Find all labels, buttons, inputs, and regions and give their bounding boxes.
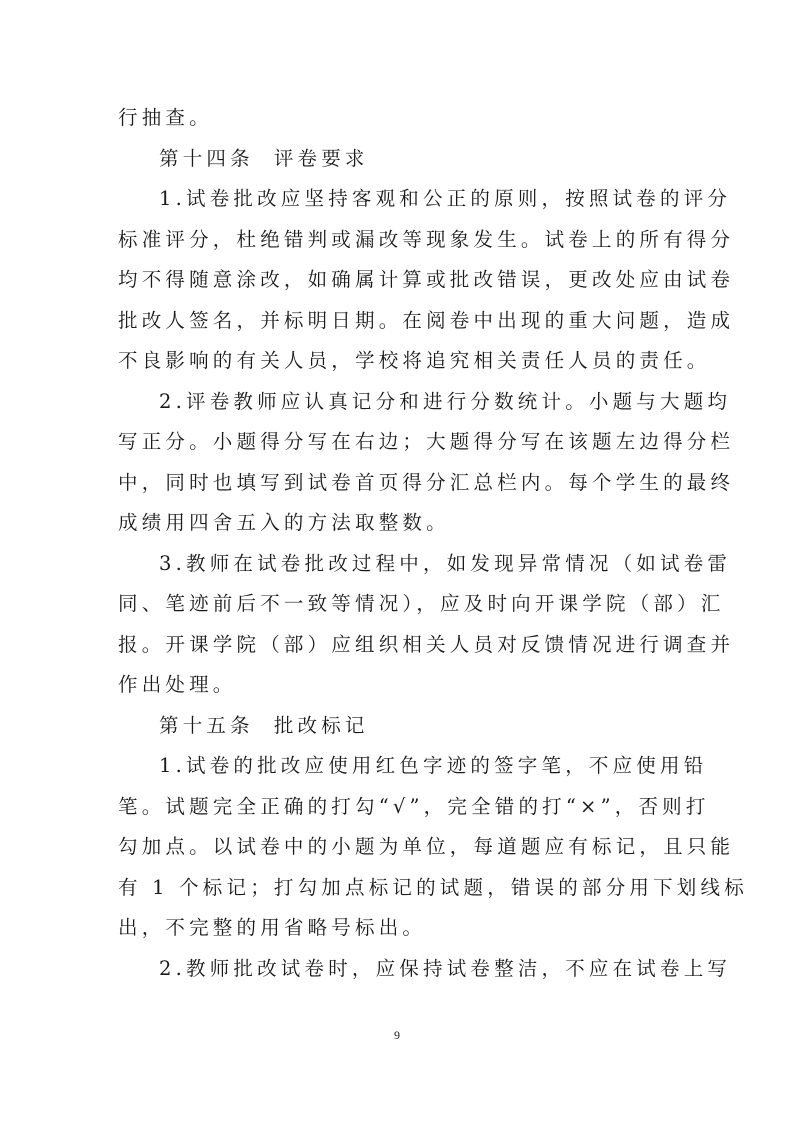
article-14-item-1-line: 1.试卷批改应坚持客观和公正的原则，按照试卷的评分 — [118, 179, 674, 220]
article-14-item-2-line: 成绩用四舍五入的方法取整数。 — [118, 503, 674, 544]
article-15-item-1-line: 1.试卷的批改应使用红色字迹的签字笔，不应使用铅 — [118, 746, 674, 787]
page-number: 9 — [0, 1028, 794, 1043]
document-body: 行抽查。 第十四条评卷要求 1.试卷批改应坚持客观和公正的原则，按照试卷的评分 … — [118, 98, 678, 989]
article-15-item-1-line: 勾加点。以试卷中的小题为单位，每道题应有标记，且只能 — [118, 827, 674, 868]
article-14-item-2-line: 2.评卷教师应认真记分和进行分数统计。小题与大题均 — [118, 382, 674, 423]
article-14-item-3-line: 同、笔迹前后不一致等情况），应及时向开课学院（部）汇 — [118, 584, 674, 625]
article-15-item-1-line: 笔。试题完全正确的打勾“√”，完全错的打“×”，否则打 — [118, 787, 674, 828]
article-14-item-2-line: 中，同时也填写到试卷首页得分汇总栏内。每个学生的最终 — [118, 463, 674, 504]
article-14-heading: 第十四条评卷要求 — [118, 139, 678, 180]
article-14-item-1-line: 标准评分，杜绝错判或漏改等现象发生。试卷上的所有得分 — [118, 220, 674, 261]
article-15-item-1-line: 出，不完整的用省略号标出。 — [118, 908, 674, 949]
article-14-item-3-line: 报。开课学院（部）应组织相关人员对反馈情况进行调查并 — [118, 625, 674, 666]
article-15-heading: 第十五条批改标记 — [118, 706, 678, 747]
article-14-item-3-line: 3.教师在试卷批改过程中，如发现异常情况（如试卷雷 — [118, 544, 674, 585]
article-14-item-1-line: 不良影响的有关人员，学校将追究相关责任人员的责任。 — [118, 341, 674, 382]
document-page: 行抽查。 第十四条评卷要求 1.试卷批改应坚持客观和公正的原则，按照试卷的评分 … — [0, 0, 794, 1123]
article-14-item-2-line: 写正分。小题得分写在右边；大题得分写在该题左边得分栏 — [118, 422, 674, 463]
article-15-item-1-line: 有 1 个标记；打勾加点标记的试题，错误的部分用下划线标 — [118, 868, 674, 909]
paragraph-continuation-line: 行抽查。 — [118, 98, 674, 139]
article-14-item-3-line: 作出处理。 — [118, 665, 674, 706]
article-title: 评卷要求 — [274, 147, 369, 170]
article-title: 批改标记 — [274, 714, 369, 737]
article-15-item-2-line: 2.教师批改试卷时，应保持试卷整洁，不应在试卷上写 — [118, 949, 674, 990]
article-number: 第十四条 — [159, 147, 254, 170]
article-number: 第十五条 — [159, 714, 254, 737]
article-14-item-1-line: 均不得随意涂改，如确属计算或批改错误，更改处应由试卷 — [118, 260, 674, 301]
article-14-item-1-line: 批改人签名，并标明日期。在阅卷中出现的重大问题，造成 — [118, 301, 674, 342]
